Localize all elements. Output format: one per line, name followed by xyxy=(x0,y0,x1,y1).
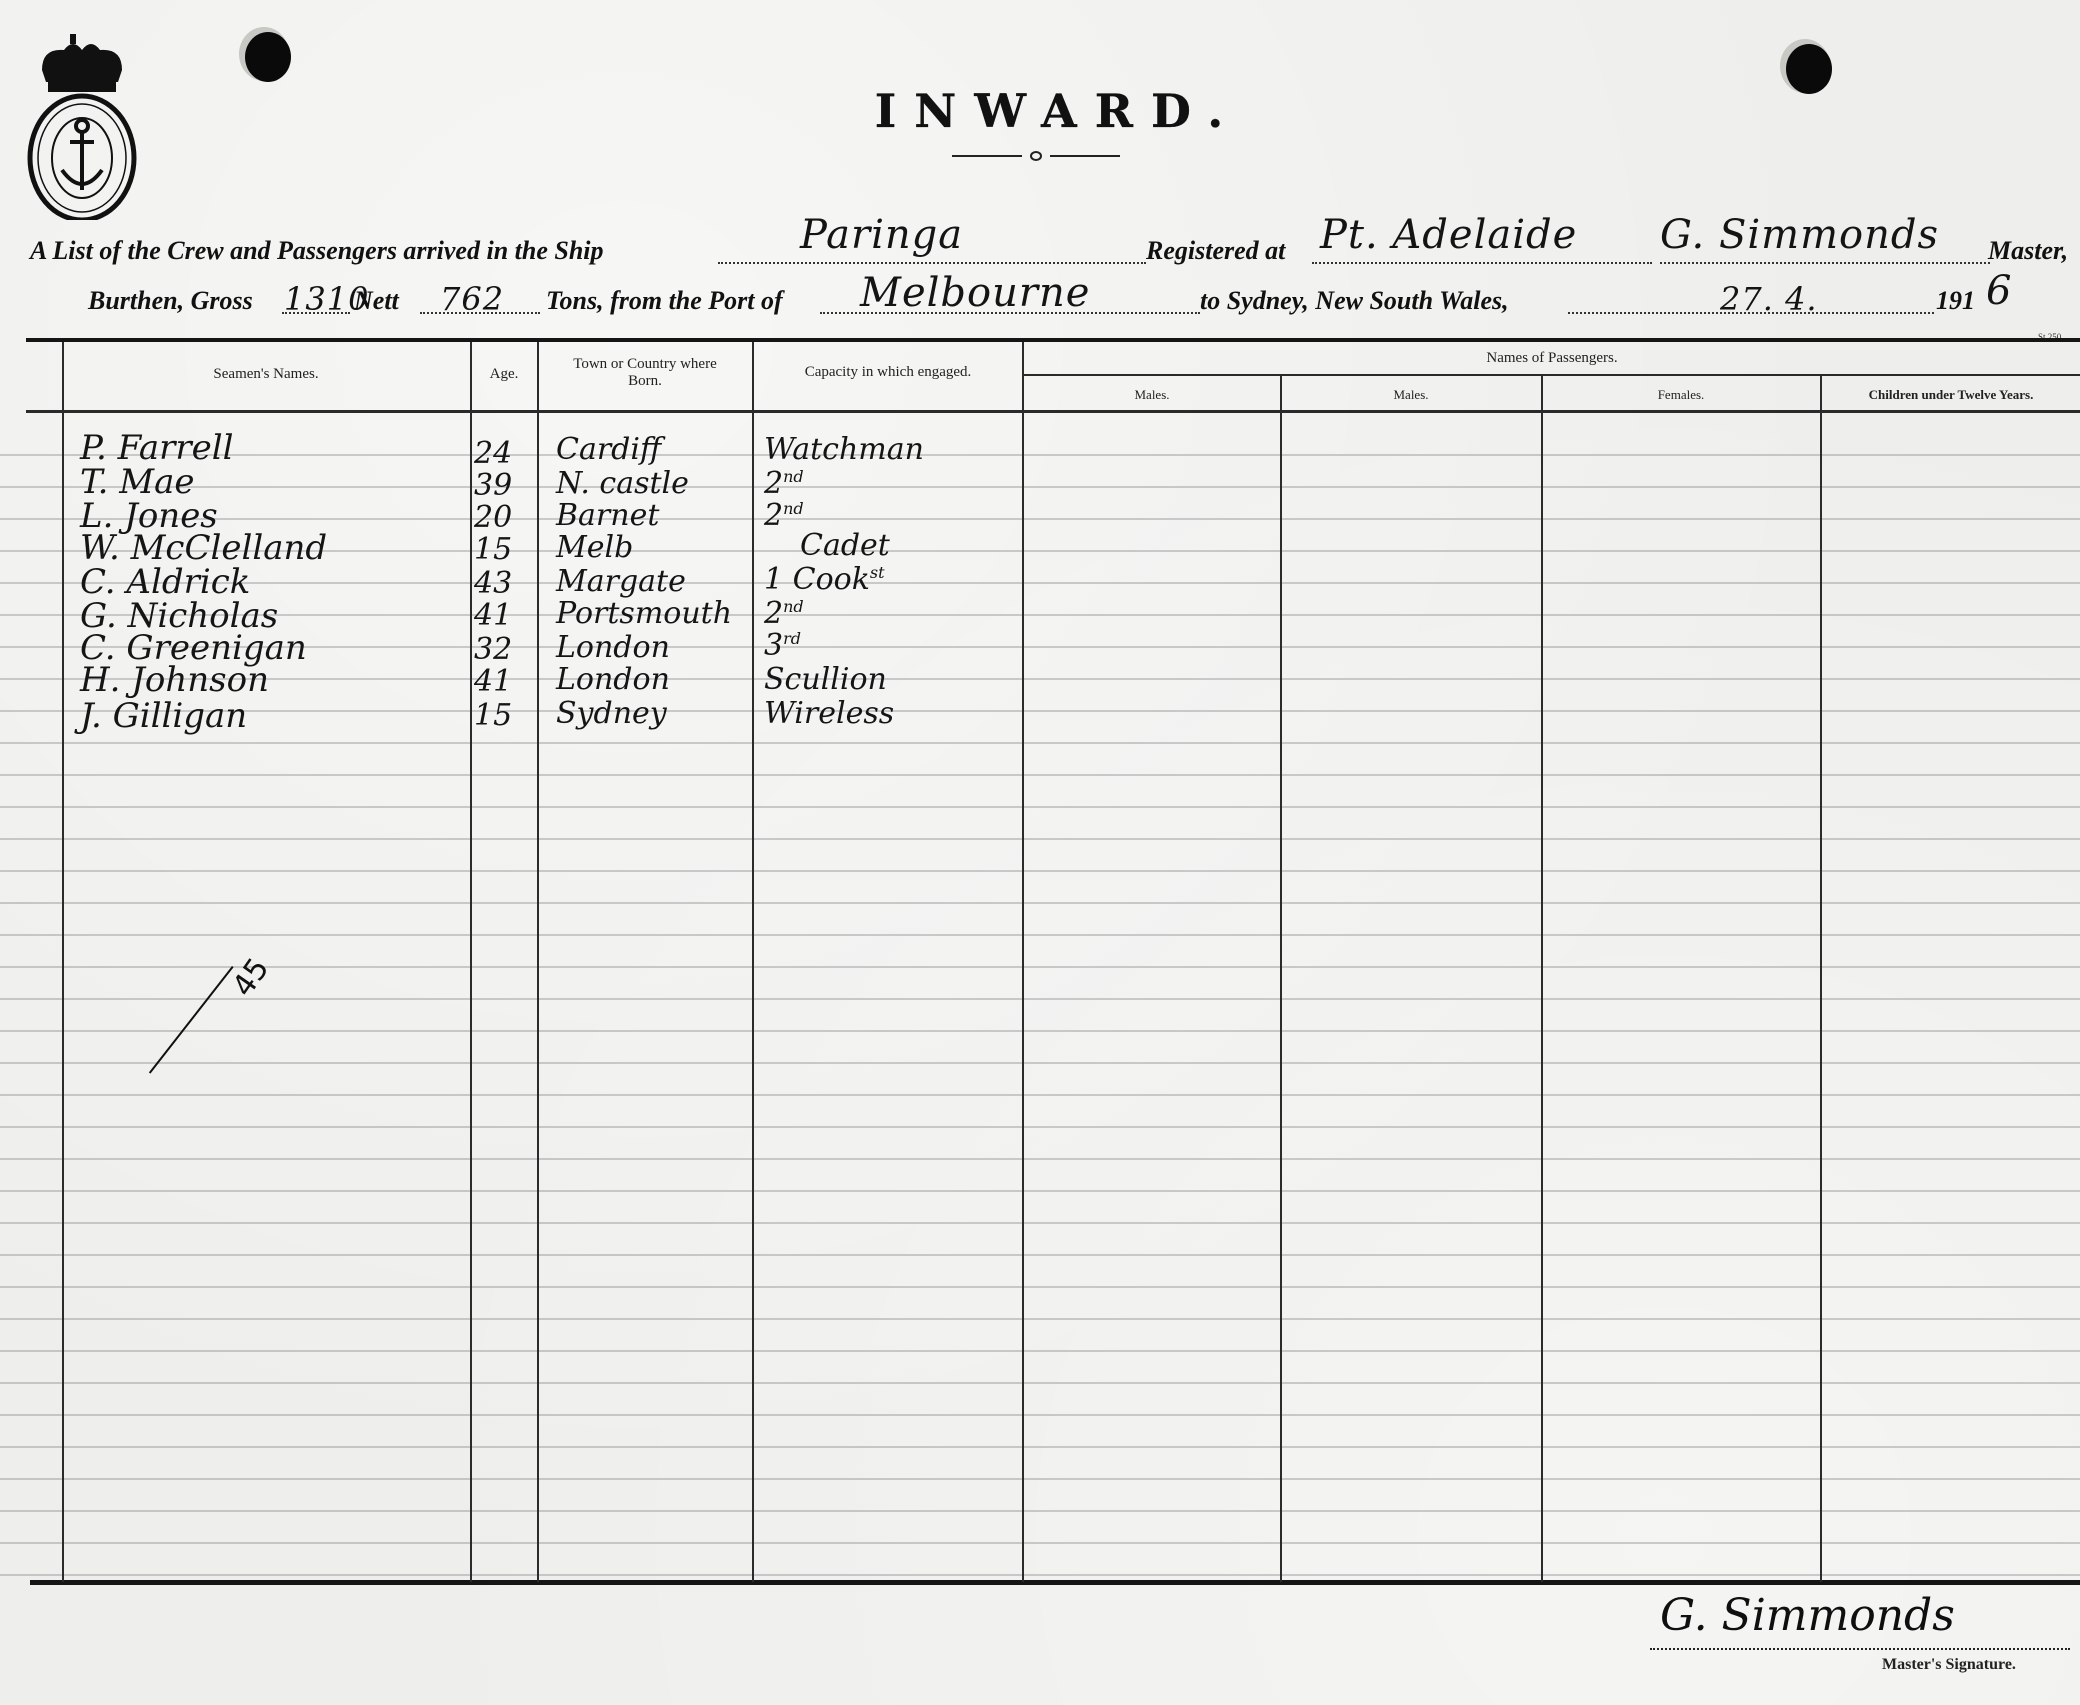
crew-town: Cardiff xyxy=(556,432,661,467)
arrival-date-value: 27. 4. xyxy=(1720,280,1818,318)
column-header-town: Town or Country where Born. xyxy=(560,356,730,390)
page-title: INWARD. xyxy=(0,84,2080,138)
from-port-value: Melbourne xyxy=(860,270,1090,316)
column-divider-females xyxy=(1541,376,1543,1582)
crew-age: 15 xyxy=(474,698,512,733)
registered-port-value: Pt. Adelaide xyxy=(1320,212,1577,258)
column-divider-age xyxy=(470,342,472,1582)
header-list-prefix: A List of the Crew and Passengers arrive… xyxy=(30,236,604,266)
burthen-label: Burthen, Gross xyxy=(88,286,253,316)
crew-town: Portsmouth xyxy=(556,596,732,631)
crew-town: London xyxy=(556,662,670,697)
table-bottom-rule xyxy=(30,1580,2080,1585)
crew-name: J. Gilligan xyxy=(80,696,247,736)
column-header-capacity: Capacity in which engaged. xyxy=(754,364,1022,381)
column-divider-capacity xyxy=(752,342,754,1582)
nett-tons-value: 762 xyxy=(440,280,504,318)
crew-age: 41 xyxy=(474,664,512,699)
column-header-males-2: Males. xyxy=(1282,386,1540,403)
crew-age: 39 xyxy=(474,468,512,503)
crew-capacity: 2nd xyxy=(764,596,804,631)
table-header-bottom-rule xyxy=(26,410,2080,413)
crew-capacity: 1 Cookst xyxy=(764,562,885,597)
column-divider-passengers xyxy=(1022,342,1024,1582)
column-header-males-1: Males. xyxy=(1024,386,1280,403)
column-divider-children xyxy=(1820,376,1822,1582)
column-divider-males-2 xyxy=(1280,376,1282,1582)
registered-port-field-line xyxy=(1312,262,1652,264)
nett-label: Nett xyxy=(354,286,399,316)
registered-label: Registered at xyxy=(1146,236,1285,266)
ruled-lines xyxy=(0,424,2080,1584)
crew-age: 32 xyxy=(474,632,512,667)
signature-label: Master's Signature. xyxy=(1882,1656,2016,1674)
crew-capacity: Cadet xyxy=(800,528,890,563)
signature-line xyxy=(1650,1648,2070,1650)
crew-capacity: Wireless xyxy=(764,696,894,731)
master-label: Master, xyxy=(1988,236,2068,266)
crew-age: 20 xyxy=(474,500,512,535)
column-header-females: Females. xyxy=(1543,386,1819,403)
year-prefix: 191 xyxy=(1936,286,1975,316)
crew-town: Margate xyxy=(556,564,686,599)
crew-age: 43 xyxy=(474,566,512,601)
from-port-label: Tons, from the Port of xyxy=(546,286,783,316)
ship-name-field-line xyxy=(718,262,1146,264)
master-name-field-line xyxy=(1660,262,1990,264)
column-header-passengers-group: Names of Passengers. xyxy=(1024,350,2080,367)
crew-capacity: 3rd xyxy=(764,628,801,663)
crew-town: London xyxy=(556,630,670,665)
crew-town: Sydney xyxy=(556,696,667,731)
crew-age: 41 xyxy=(474,598,512,633)
passengers-group-rule xyxy=(1024,374,2080,376)
master-name-value: G. Simmonds xyxy=(1660,212,1939,258)
ship-name-value: Paringa xyxy=(800,212,963,258)
crew-town: Melb xyxy=(556,530,633,565)
crew-name: H. Johnson xyxy=(80,660,269,700)
crew-town: N. castle xyxy=(556,466,689,501)
crew-capacity: Watchman xyxy=(764,432,924,467)
column-divider-left-margin xyxy=(62,342,64,1582)
column-header-age: Age. xyxy=(472,366,536,383)
crew-capacity: 2nd xyxy=(764,466,804,501)
column-header-seamens-names: Seamen's Names. xyxy=(64,366,468,383)
punch-hole-left xyxy=(245,32,291,82)
table-top-rule xyxy=(26,338,2080,342)
crew-age: 15 xyxy=(474,532,512,567)
title-ornament-icon xyxy=(952,150,1120,162)
crew-town: Barnet xyxy=(556,498,659,533)
destination-label: to Sydney, New South Wales, xyxy=(1200,286,1509,316)
master-signature: G. Simmonds xyxy=(1660,1590,1955,1641)
crew-age: 24 xyxy=(474,436,512,471)
column-divider-town xyxy=(537,342,539,1582)
crew-capacity: Scullion xyxy=(764,662,887,697)
year-suffix-value: 6 xyxy=(1986,268,2012,314)
column-header-children: Children under Twelve Years. xyxy=(1822,386,2080,403)
crew-capacity: 2nd xyxy=(764,498,804,533)
